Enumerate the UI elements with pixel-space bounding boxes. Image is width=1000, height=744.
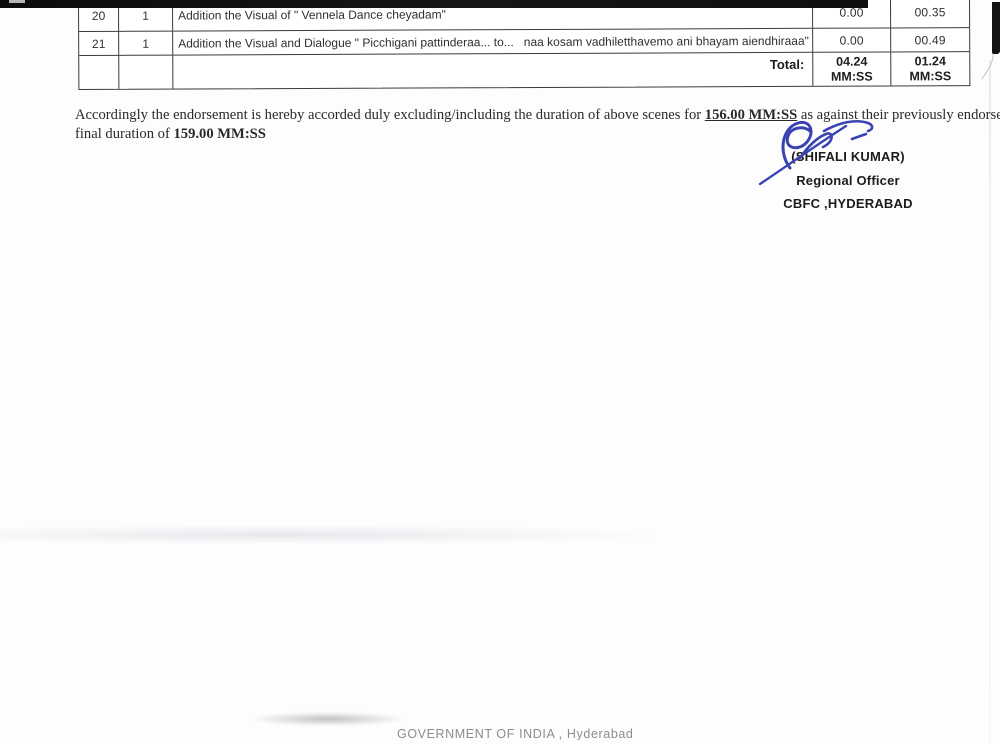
signatory-office: CBFC ,HYDERABAD xyxy=(736,197,960,211)
scan-artifact-edge-shadow xyxy=(989,60,991,744)
previous-duration-value: 159.00 MM:SS xyxy=(173,126,265,142)
signature-ink xyxy=(754,104,894,192)
total-unit: MM:SS xyxy=(831,70,873,84)
cell-duration-deleted: 0.00 xyxy=(813,28,891,52)
cell-empty xyxy=(119,56,173,89)
endorsement-text: final duration of xyxy=(75,126,173,142)
total-duration-deleted: 04.24 MM:SS xyxy=(813,52,891,85)
scanned-document-page: 20 1 Addition the Visual of " Vennela Da… xyxy=(0,0,1000,744)
total-value: 01.24 xyxy=(915,54,946,68)
endorsement-text: Accordingly the endorsement is hereby ac… xyxy=(75,107,705,123)
cell-empty xyxy=(79,56,119,89)
cell-description: Addition the Visual and Dialogue " Picch… xyxy=(173,29,813,56)
signature-stroke xyxy=(783,122,811,168)
cell-serial-number: 21 xyxy=(79,32,119,56)
cut-list-table: 20 1 Addition the Visual of " Vennela Da… xyxy=(78,0,970,90)
signature-stroke xyxy=(824,121,872,131)
total-value: 04.24 xyxy=(836,55,867,69)
total-unit: MM:SS xyxy=(909,69,951,83)
government-watermark: GOVERNMENT OF INDIA , Hyderabad xyxy=(397,727,637,740)
total-duration-inserted: 01.24 MM:SS xyxy=(891,52,969,85)
scan-artifact-band-smudge xyxy=(0,525,660,543)
cell-cut-count: 1 xyxy=(119,32,173,56)
scan-artifact-bottom-smudge xyxy=(248,712,408,726)
signature-stroke xyxy=(852,134,866,139)
scan-artifact-notch xyxy=(9,0,25,3)
scan-artifact-top-bar xyxy=(0,0,868,8)
cell-duration-inserted: 00.35 xyxy=(891,0,969,28)
cell-duration-inserted: 00.49 xyxy=(891,28,969,52)
total-label: Total: xyxy=(173,53,813,89)
scan-artifact-right-edge-mark xyxy=(992,2,1000,54)
scan-artifact-hairline xyxy=(981,52,995,82)
